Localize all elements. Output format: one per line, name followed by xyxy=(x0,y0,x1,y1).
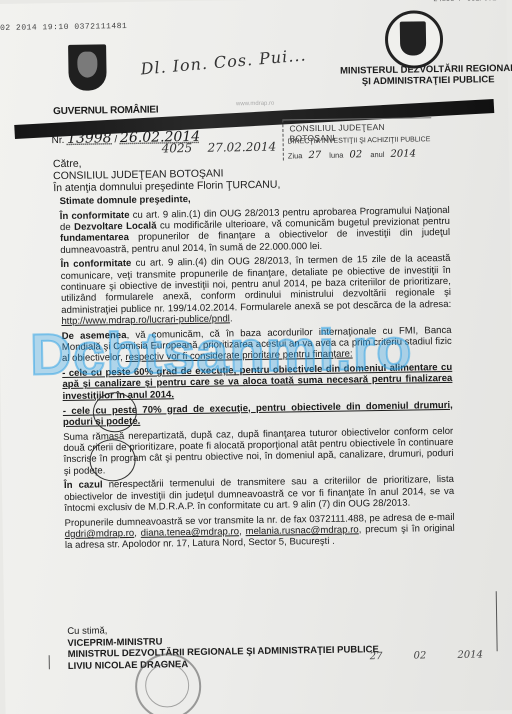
government-label: GUVERNUL ROMÂNIEI xyxy=(53,105,158,118)
header-bar-website: www.mdrap.ro xyxy=(236,101,274,108)
ministry-label: MINISTERUL DEZVOLTĂRII REGIONAL ŞI ADMIN… xyxy=(335,63,512,88)
scanned-letter-page: /02 2014 19:10 0372111481 24895 P 001/00… xyxy=(0,0,512,714)
fax-header: /02 2014 19:10 0372111481 xyxy=(0,22,127,33)
ministry-seal-icon xyxy=(385,10,444,69)
registry-stamp: CONSILIUL JUDEŢEAN BOTOŞANI DIRECŢIA INV… xyxy=(282,117,432,160)
recipient-block: Către, CONSILIUL JUDEŢEAN BOTOŞANI În at… xyxy=(53,155,281,195)
romanian-coat-of-arms-icon xyxy=(68,44,107,91)
margin-line xyxy=(496,591,498,651)
paragraph-contact: Propunerile dumneavoastră se vor transmi… xyxy=(65,512,455,552)
email-link-dgdri[interactable]: dgdri@mdrap.ro xyxy=(65,528,135,540)
email-link-melania[interactable]: melania.rusnac@mdrap.ro xyxy=(245,524,358,537)
paragraph-noncompliance: În cazul nerespectării termenului de tra… xyxy=(64,474,454,514)
signature-block: Cu stimă, VICEPRIM-MINISTRU MINISTRUL DE… xyxy=(67,621,379,672)
paragraph-budget: În conformitate cu art. 9 alin.(1) din O… xyxy=(60,205,451,256)
margin-line xyxy=(49,655,50,669)
fax-page-indicator: 24895 P 001/001 xyxy=(433,0,496,4)
handwritten-note: Dl. Ion. Cos. Pui... xyxy=(140,45,307,78)
incoming-registration: 4025 27.02.2014 xyxy=(162,140,277,156)
site-watermark: Dcbtsanmi.ro xyxy=(29,316,413,389)
handwritten-date: 27 02 2014 xyxy=(370,649,483,662)
